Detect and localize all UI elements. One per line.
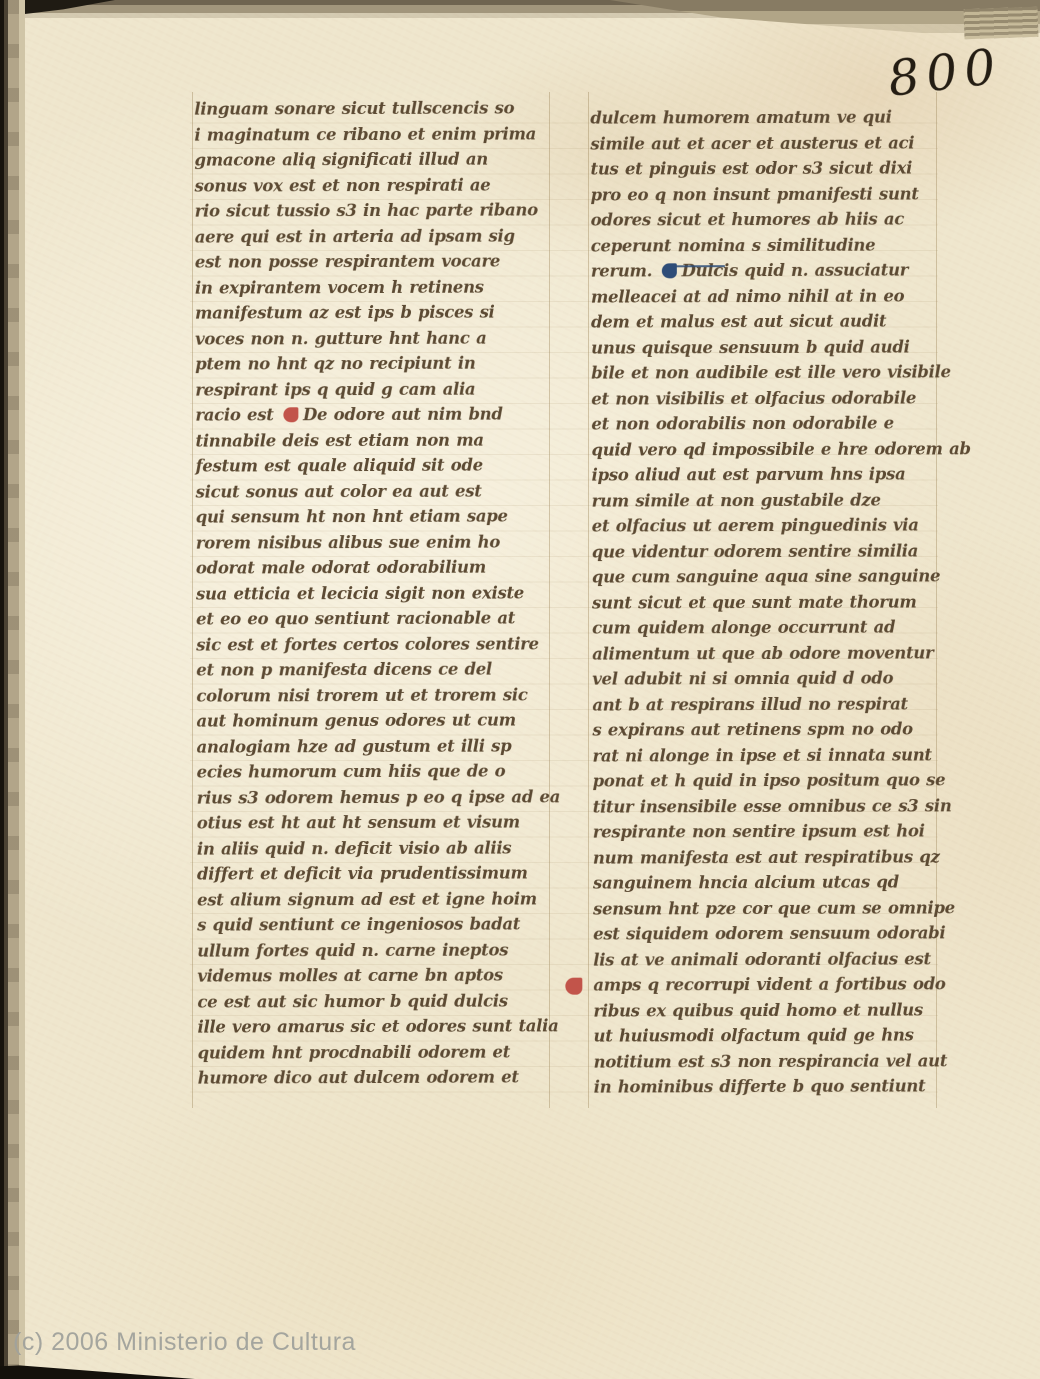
manuscript-line-text: et non visibilis et olfacius odorabile [591,388,916,408]
manuscript-line-text: ut huiusmodi olfactum quid ge hns [593,1025,913,1045]
manuscript-line: quidem hnt procdnabili odorem et [198,1039,554,1066]
manuscript-line: est siquidem odorem sensuum odorabi [593,920,945,947]
manuscript-line: rius s3 odorem hemus p eo q ipse ad ea [197,784,553,811]
manuscript-line-text: ce est aut sic humor b quid dulcis [197,991,507,1011]
manuscript-line: analogiam hze ad gustum et illi sp [196,733,552,760]
ruling-line-left-column-left [192,92,193,1108]
text-column-left: linguam sonare sicut tullscencis soi mag… [194,95,553,1091]
manuscript-line: aere qui est in arteria ad ipsam sig [195,223,551,250]
manuscript-line-text: ribus ex quibus quid homo et nullus [593,1000,923,1020]
manuscript-line-text: rius s3 odorem hemus p eo q ipse ad ea [197,787,560,807]
manuscript-line: linguam sonare sicut tullscencis so [194,95,550,122]
manuscript-line: respirant ips q quid g cam alia [195,376,551,403]
manuscript-line: differt et deficit via prudentissimum [197,860,553,887]
manuscript-line: sua etticia et lecicia sigit non existe [196,580,552,607]
manuscript-line: rio sicut tussio s3 in hac parte ribano [195,197,551,224]
manuscript-line-text: ipso aliud aut est parvum hns ipsa [592,465,906,485]
manuscript-line: qui sensum ht non hnt etiam sape [196,503,552,530]
manuscript-line-text: aut hominum genus odores ut cum [196,711,515,731]
manuscript-line: que videntur odorem sentire similia [592,538,944,565]
manuscript-line-text: ant b at respirans illud no respirat [592,694,907,714]
manuscript-line-text: in aliis quid n. deficit visio ab aliis [197,838,511,858]
manuscript-line: humore dico aut dulcem odorem et [198,1064,554,1091]
manuscript-line-text: analogiam hze ad gustum et illi sp [197,736,512,756]
manuscript-line-text: qui sensum ht non hnt etiam sape [196,507,508,527]
manuscript-line-text: est alium signum ad est et igne hoim [197,889,537,909]
manuscript-line-text: sunt sicut et que sunt mate thorum [592,592,917,612]
manuscript-line-text: sicut sonus aut color ea aut est [196,481,482,501]
manuscript-line: ut huiusmodi olfactum quid ge hns [593,1022,945,1049]
manuscript-line-text: otius est ht aut ht sensum et visum [197,812,520,832]
manuscript-line-text: quid vero qd impossibile e hre odorem ab [591,439,970,459]
manuscript-line-text: Dulcis quid n. assuciatur [682,261,909,281]
manuscript-line-text: sensum hnt pze cor que cum se omnipe [593,898,955,918]
manuscript-line: videmus molles at carne bn aptos [197,962,553,989]
manuscript-line-text: respirant ips q quid g cam alia [195,379,475,399]
manuscript-line: ant b at respirans illud no respirat [592,691,944,718]
manuscript-line-text: videmus molles at carne bn aptos [197,966,503,986]
manuscript-line-text: unus quisque sensuum b quid audi [591,337,909,357]
manuscript-line-text: ullum fortes quid n. carne ineptos [197,940,508,960]
manuscript-line: melleacei at ad nimo nihil at in eo [591,283,943,310]
manuscript-line: sanguinem hncia alcium utcas qd [593,869,945,896]
manuscript-line: ponat et h quid in ipso positum quo se [593,767,945,794]
ruling-line-right-column-left [588,92,589,1108]
manuscript-line: cum quidem alonge occurrunt ad [592,614,944,641]
manuscript-line: ipso aliud aut est parvum hns ipsa [592,461,944,488]
copyright-watermark: (c) 2006 Ministerio de Cultura [13,1328,356,1357]
manuscript-line: s quid sentiunt ce ingeniosos badat [197,911,553,938]
manuscript-line-text: notitium est s3 non respirancia vel aut [594,1051,948,1071]
manuscript-line: gmacone aliq significati illud an [194,146,550,173]
manuscript-line: respirante non sentire ipsum est hoi [593,818,945,845]
manuscript-line: rum simile at non gustabile dze [592,487,944,514]
manuscript-line: sic est et fortes certos colores sentire [196,631,552,658]
book-leaves-edge-icon [963,7,1038,40]
manuscript-line-text: sua etticia et lecicia sigit non existe [196,583,524,603]
manuscript-line-text: odores sicut et humores ab hiis ac [591,210,904,230]
manuscript-line-text: linguam sonare sicut tullscencis so [194,99,514,119]
manuscript-line-text: titur insensibile esse omnibus ce s3 sin [593,796,952,816]
manuscript-line: est non posse respirantem vocare [195,248,551,275]
manuscript-line: tus et pinguis est odor s3 sicut dixi [590,155,942,182]
manuscript-line-text: vel adubit ni si omnia quid d odo [592,669,893,689]
manuscript-line-text: pro eo q non insunt pmanifesti sunt [591,184,919,204]
manuscript-line-text: et olfacius ut aerem pinguedinis via [592,515,919,535]
manuscript-line: in expirantem vocem h retinens [195,274,551,301]
manuscript-line: dulcem humorem amatum ve qui [590,104,942,131]
manuscript-line-text: ecies humorum cum hiis que de o [197,762,506,782]
manuscript-line-text: gmacone aliq significati illud an [194,150,488,170]
manuscript-line: est alium signum ad est et igne hoim [197,886,553,913]
manuscript-line: sensum hnt pze cor que cum se omnipe [593,895,945,922]
manuscript-line: vel adubit ni si omnia quid d odo [592,665,944,692]
manuscript-line-text: que cum sanguine aqua sine sanguine [592,566,940,586]
manuscript-line: ecies humorum cum hiis que de o [197,758,553,785]
rubric-paragraph-mark-red-icon [565,978,582,995]
manuscript-line: ceperunt nomina s similitudine [591,232,943,259]
manuscript-line: racio est De odore aut nim bnd [195,401,551,428]
manuscript-line-text: est non posse respirantem vocare [195,252,500,272]
manuscript-line: rorem nisibus alibus sue enim ho [196,529,552,556]
manuscript-line: pro eo q non insunt pmanifesti sunt [591,181,943,208]
manuscript-line-text: rio sicut tussio s3 in hac parte ribano [195,200,538,220]
manuscript-line-text: sic est et fortes certos colores sentire [196,634,539,654]
manuscript-line-text: ponat et h quid in ipso positum quo se [593,770,946,790]
manuscript-line: manifestum az est ips b pisces si [195,299,551,326]
manuscript-line: ille vero amarus sic et odores sunt tali… [197,1013,553,1040]
manuscript-line-text: odorat male odorat odorabilium [196,558,486,578]
manuscript-line: titur insensibile esse omnibus ce s3 sin [593,793,945,820]
manuscript-line-text: voces non n. gutture hnt hanc a [195,328,486,348]
manuscript-line: et non visibilis et olfacius odorabile [591,385,943,412]
manuscript-line-text: dulcem humorem amatum ve qui [590,108,891,128]
manuscript-line: odorat male odorat odorabilium [196,554,552,581]
manuscript-line-text: rum simile at non gustabile dze [592,490,881,510]
manuscript-line-text: sanguinem hncia alcium utcas qd [593,873,899,893]
manuscript-line: rerum. Dulcis quid n. assuciatur [591,257,943,284]
rubric-paragraph-mark-red-icon [283,407,298,422]
manuscript-line: que cum sanguine aqua sine sanguine [592,563,944,590]
manuscript-line: simile aut et acer et austerus et aci [590,130,942,157]
manuscript-line-text: aere qui est in arteria ad ipsam sig [195,226,515,246]
manuscript-line: in hominibus differte b quo sentiunt [594,1073,946,1100]
manuscript-line-text: s expirans aut retinens spm no odo [592,719,912,739]
manuscript-line-text: i maginatum ce ribano et enim prima [194,124,536,144]
manuscript-line-text: cum quidem alonge occurrunt ad [592,618,895,638]
manuscript-line: ullum fortes quid n. carne ineptos [197,937,553,964]
manuscript-line: amps q recorrupi vident a fortibus odo [593,971,945,998]
manuscript-line-text: num manifesta est aut respiratibus qz [593,847,940,867]
manuscript-line: s expirans aut retinens spm no odo [592,716,944,743]
manuscript-line-text: lis at ve animali odoranti olfacius est [593,949,931,969]
manuscript-line: tinnabile deis est etiam non ma [195,427,551,454]
manuscript-line: in aliis quid n. deficit visio ab aliis [197,835,553,862]
manuscript-line: lis at ve animali odoranti olfacius est [593,946,945,973]
manuscript-line: dem et malus est aut sicut audit [591,308,943,335]
manuscript-line: bile et non audibile est ille vero visib… [591,359,943,386]
manuscript-line-text: in hominibus differte b quo sentiunt [594,1076,926,1096]
manuscript-line: i maginatum ce ribano et enim prima [194,121,550,148]
manuscript-line-text: dem et malus est aut sicut audit [591,312,886,332]
manuscript-line-text: ille vero amarus sic et odores sunt tali… [197,1016,558,1036]
manuscript-line-text: differt et deficit via prudentissimum [197,863,528,883]
manuscript-line-text: et non odorabilis non odorabile e [591,414,894,434]
manuscript-line-text: humore dico aut dulcem odorem et [198,1067,519,1087]
manuscript-line: voces non n. gutture hnt hanc a [195,325,551,352]
manuscript-line-text: respirante non sentire ipsum est hoi [593,821,925,841]
manuscript-line-text: ceperunt nomina s similitudine [591,235,876,255]
manuscript-line-text: manifestum az est ips b pisces si [195,303,495,323]
manuscript-line-text: amps q recorrupi vident a fortibus odo [593,974,945,994]
manuscript-line: quid vero qd impossibile e hre odorem ab [591,436,943,463]
manuscript-line-text: que videntur odorem sentire similia [592,541,918,561]
manuscript-line: et non odorabilis non odorabile e [591,410,943,437]
manuscript-line: sunt sicut et que sunt mate thorum [592,589,944,616]
manuscript-line: sonus vox est et non respirati ae [195,172,551,199]
manuscript-line-text: colorum nisi trorem ut et trorem sic [196,685,527,705]
text-column-right: dulcem humorem amatum ve quisimile aut e… [590,104,945,1100]
manuscript-line-text: tinnabile deis est etiam non ma [195,430,483,450]
manuscript-line-text: De odore aut nim bnd [303,405,503,425]
manuscript-line: ptem no hnt qz no recipiunt in [195,350,551,377]
manuscript-line-text: rat ni alonge in ipse et si innata sunt [593,745,932,765]
manuscript-line-text: et eo eo quo sentiunt racionable at [196,609,515,629]
manuscript-line-text: alimentum ut que ab odore moventur [592,643,933,663]
manuscript-line: et olfacius ut aerem pinguedinis via [592,512,944,539]
manuscript-line-text: in expirantem vocem h retinens [195,277,484,297]
manuscript-scan: linguam sonare sicut tullscencis soi mag… [0,0,1040,1379]
manuscript-line-text: tus et pinguis est odor s3 sicut dixi [590,158,912,178]
manuscript-line-text: simile aut et acer et austerus et aci [590,133,914,153]
manuscript-line-text: melleacei at ad nimo nihil at in eo [591,286,904,306]
manuscript-line: et non p manifesta dicens ce del [196,656,552,683]
manuscript-line-text: bile et non audibile est ille vero visib… [591,362,951,382]
manuscript-line: sicut sonus aut color ea aut est [196,478,552,505]
manuscript-line: colorum nisi trorem ut et trorem sic [196,682,552,709]
manuscript-line-text: et non p manifesta dicens ce del [196,660,492,680]
manuscript-line: rat ni alonge in ipse et si innata sunt [592,742,944,769]
rubric-paragraph-mark-blue-icon [662,263,677,278]
manuscript-line: ce est aut sic humor b quid dulcis [197,988,553,1015]
manuscript-line: et eo eo quo sentiunt racionable at [196,605,552,632]
manuscript-line: num manifesta est aut respiratibus qz [593,844,945,871]
manuscript-line: unus quisque sensuum b quid audi [591,334,943,361]
manuscript-line-text: quidem hnt procdnabili odorem et [198,1042,511,1062]
manuscript-line: otius est ht aut ht sensum et visum [197,809,553,836]
manuscript-line: alimentum ut que ab odore moventur [592,640,944,667]
manuscript-line-text: sonus vox est et non respirati ae [195,175,491,195]
manuscript-line: notitium est s3 non respirancia vel aut [594,1048,946,1075]
manuscript-line-text: est siquidem odorem sensuum odorabi [593,923,945,943]
manuscript-line-text: rorem nisibus alibus sue enim ho [196,532,500,552]
manuscript-line-text: racio est [195,405,280,424]
manuscript-line: festum est quale aliquid sit ode [196,452,552,479]
manuscript-line: aut hominum genus odores ut cum [196,707,552,734]
manuscript-line: ribus ex quibus quid homo et nullus [593,997,945,1024]
manuscript-line-text: festum est quale aliquid sit ode [196,456,483,476]
manuscript-line-text: ptem no hnt qz no recipiunt in [195,354,475,374]
manuscript-line-text: s quid sentiunt ce ingeniosos badat [197,914,520,934]
manuscript-line: odores sicut et humores ab hiis ac [591,206,943,233]
manuscript-line-text: rerum. [591,261,659,280]
